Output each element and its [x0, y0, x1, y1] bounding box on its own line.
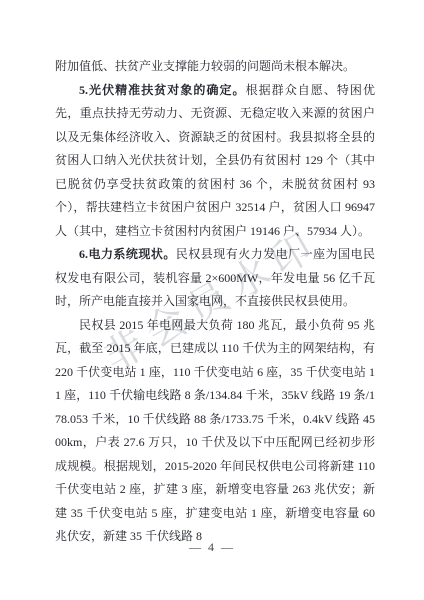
paragraph: 5.光伏精准扶贫对象的确定。根据群众自愿、特困优先，重点扶持无劳动力、无资源、无… — [55, 79, 375, 244]
paragraph-heading: 6.电力系统现状。 — [79, 247, 176, 261]
paragraph: 6.电力系统现状。民权县现有火力发电厂一座为国电民权发电有限公司，装机容量 2×… — [55, 243, 375, 314]
document-body: 附加值低、扶贫产业支撑能力较弱的问题尚未根本解决。5.光伏精准扶贫对象的确定。根… — [55, 55, 375, 549]
paragraph-heading: 5.光伏精准扶贫对象的确定。 — [79, 83, 246, 97]
paragraph-text: 根据群众自愿、特困优先，重点扶持无劳动力、无资源、无稳定收入来源的贫困户以及无集… — [55, 83, 375, 238]
paragraph: 民权县 2015 年电网最大负荷 180 兆瓦，最小负荷 95 兆瓦，截至 20… — [55, 314, 375, 549]
page-number: — 4 — — [0, 540, 424, 555]
paragraph: 附加值低、扶贫产业支撑能力较弱的问题尚未根本解决。 — [55, 55, 375, 79]
document-page: 非会员水印 附加值低、扶贫产业支撑能力较弱的问题尚未根本解决。5.光伏精准扶贫对… — [0, 0, 424, 600]
paragraph-text: 民权县 2015 年电网最大负荷 180 兆瓦，最小负荷 95 兆瓦，截至 20… — [55, 318, 375, 544]
paragraph-text: 附加值低、扶贫产业支撑能力较弱的问题尚未根本解决。 — [55, 59, 355, 73]
